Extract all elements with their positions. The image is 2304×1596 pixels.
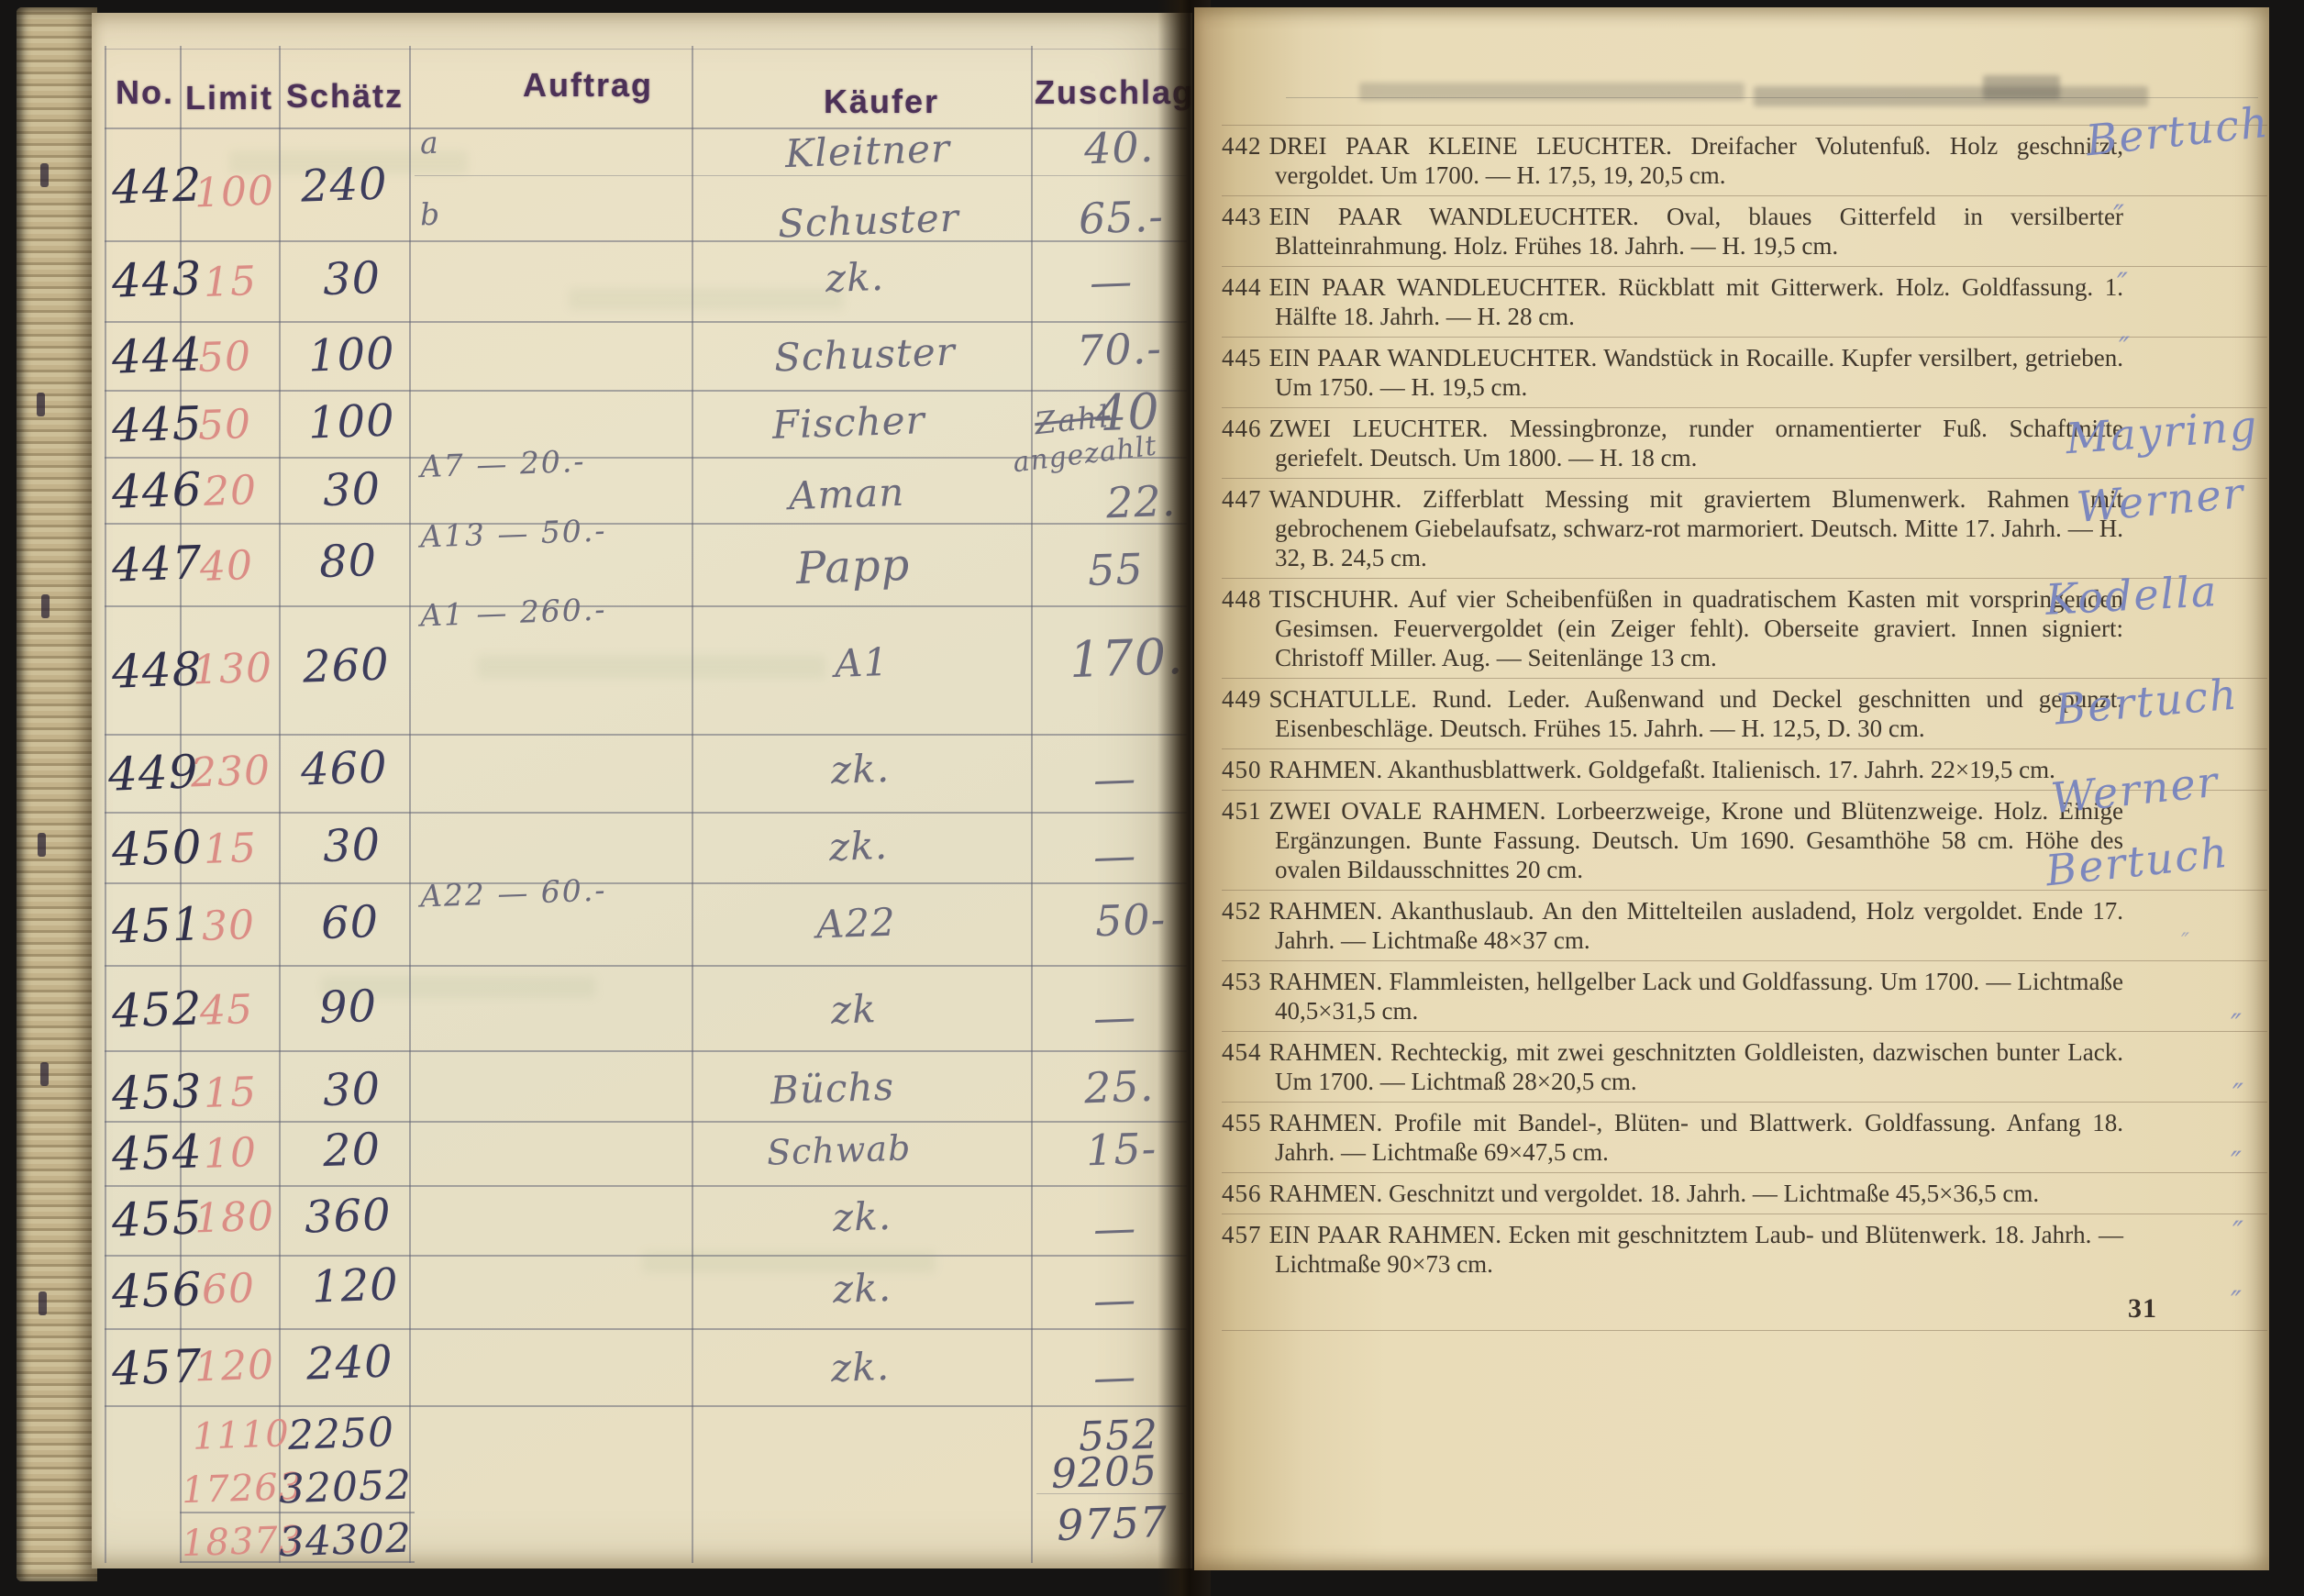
cell-zuschlag-457: — — [1092, 1351, 1137, 1402]
cell-no-448: 448 — [111, 642, 203, 698]
cell-kaeufer-447: Papp — [795, 539, 911, 594]
cell-kaeufer-456: zk. — [832, 1265, 892, 1312]
entry-text: ZWEI OVALE RAHMEN. Lorbeerzweige, Krone … — [1269, 797, 2124, 883]
cell-kaeufer-442b: Schuster — [777, 195, 959, 247]
total-schaetz-page: 2250 — [287, 1409, 395, 1459]
cell-limit-452: 45 — [199, 986, 254, 1035]
entry-number: 453 — [1222, 968, 1269, 995]
catalog-page: 442DREI PAAR KLEINE LEUCHTER. Dreifacher… — [1194, 7, 2269, 1570]
catalog-entry: 455RAHMEN. Profile mit Bandel-, Blüten- … — [1222, 1103, 2267, 1173]
cell-schaetz-457: 240 — [305, 1336, 394, 1390]
cell-no-452: 452 — [111, 981, 203, 1037]
cell-limit-449: 230 — [190, 747, 271, 796]
entry-number: 449 — [1222, 685, 1269, 713]
cell-zuschlag-455: — — [1092, 1203, 1137, 1254]
entry-text: TISCHUHR. Auf vier Scheibenfüßen in quad… — [1269, 585, 2124, 671]
grid-line — [105, 882, 1187, 884]
grid-line — [105, 965, 1187, 967]
grid-line — [105, 1121, 1187, 1123]
grid-line — [105, 390, 1187, 392]
grid-line — [105, 1185, 1187, 1187]
catalog-entry: 457EIN PAAR RAHMEN. Ecken mit geschnitzt… — [1222, 1214, 2267, 1284]
margin-annotation-ditto: ″ — [2181, 928, 2191, 954]
grid-line — [279, 46, 281, 1563]
cell-zuschlag-449: — — [1092, 753, 1137, 804]
cell-no-449: 449 — [107, 745, 199, 801]
cell-schaetz-451: 60 — [320, 896, 380, 949]
entry-text: SCHATULLE. Rund. Leder. Außenwand und De… — [1269, 685, 2124, 742]
catalog-entry: 443EIN PAAR WANDLEUCHTER. Oval, blaues G… — [1222, 196, 2267, 267]
entry-number: 454 — [1222, 1038, 1269, 1066]
cell-limit-453: 15 — [203, 1069, 258, 1117]
cell-kaeufer-448: A1 — [834, 639, 890, 686]
entry-text: RAHMEN. Flammleisten, hellgelber Lack un… — [1269, 968, 2124, 1025]
entry-number: 457 — [1222, 1221, 1269, 1248]
entry-number: 447 — [1222, 485, 1269, 513]
cell-schaetz-454: 20 — [322, 1124, 382, 1177]
ledger-page: No. Limit Schätz Auftrag Käufer Zuschlag… — [92, 13, 1192, 1568]
cell-zuschlag-456: — — [1092, 1274, 1137, 1325]
cell-kaeufer-452: zk — [830, 986, 877, 1033]
margin-annotation-ditto: ″ — [2231, 1007, 2243, 1042]
cell-kaeufer-446: Aman — [788, 470, 905, 518]
ink-offset-smudge — [1359, 83, 1745, 101]
cell-zuschlag-442b: 65.- — [1078, 191, 1165, 243]
cell-no-447: 447 — [111, 536, 203, 592]
total-zuschlag-carry: 9205 — [1050, 1447, 1158, 1498]
cell-no-450: 450 — [111, 820, 203, 876]
cell-zuschlag-452: — — [1092, 992, 1137, 1043]
margin-annotation-ditto: ″ — [2119, 330, 2132, 365]
cell-kaeufer-453: Büchs — [770, 1064, 895, 1114]
margin-annotation-ditto: ″ — [2231, 1284, 2243, 1319]
book-spine-page-edges — [17, 7, 97, 1581]
cell-no-457: 457 — [111, 1339, 203, 1395]
cell-schaetz-450: 30 — [322, 819, 382, 872]
cell-no-443: 443 — [111, 251, 203, 307]
total-limit-page: 1110 — [192, 1413, 290, 1458]
entry-text: EIN PAAR WANDLEUCHTER. Rückblatt mit Git… — [1269, 273, 2124, 330]
entry-number: 450 — [1222, 756, 1269, 783]
cell-auftrag-442b: b — [419, 196, 441, 233]
total-zuschlag-sum: 9757 — [1056, 1497, 1169, 1550]
grid-line — [105, 1050, 1187, 1052]
stitch-mark — [40, 163, 49, 187]
cell-zuschlag-450: — — [1092, 830, 1137, 881]
entry-number: 448 — [1222, 585, 1269, 613]
entry-text: WANDUHR. Zifferblatt Messing mit gravier… — [1269, 485, 2124, 571]
cell-zuschlag-444: 70.- — [1076, 323, 1163, 375]
stitch-mark — [37, 393, 45, 416]
cell-limit-446: 20 — [203, 467, 258, 515]
grid-line — [1031, 46, 1033, 1563]
cell-no-445: 445 — [111, 396, 203, 452]
grid-line — [105, 523, 1187, 525]
bleed-through — [477, 655, 825, 679]
cell-schaetz-443: 30 — [322, 252, 382, 305]
cell-no-454: 454 — [111, 1125, 203, 1180]
grid-line — [105, 734, 1187, 736]
cell-limit-457: 120 — [194, 1341, 275, 1391]
entry-number: 442 — [1222, 132, 1269, 160]
grid-line — [105, 812, 1187, 814]
grid-line — [105, 240, 1187, 242]
cell-limit-442: 100 — [194, 167, 275, 216]
cell-schaetz-453: 30 — [322, 1063, 382, 1116]
cell-schaetz-449: 460 — [300, 741, 389, 795]
catalog-entry: 445EIN PAAR WANDLEUCHTER. Wandstück in R… — [1222, 338, 2267, 408]
cell-schaetz-452: 90 — [318, 981, 378, 1034]
cell-limit-455: 180 — [194, 1192, 275, 1242]
entry-number: 455 — [1222, 1109, 1269, 1136]
cell-kaeufer-445: Fischer — [771, 397, 925, 448]
column-header-auftrag: Auftrag — [523, 66, 653, 105]
column-header-no: No. — [116, 73, 174, 112]
cell-schaetz-447: 80 — [318, 535, 378, 588]
cell-limit-450: 15 — [203, 825, 258, 873]
bleed-line — [1286, 97, 2258, 98]
cell-zuschlag-454: 15- — [1085, 1124, 1158, 1176]
entry-text: RAHMEN. Akanthusblattwerk. Goldgefaßt. I… — [1269, 756, 2055, 783]
grid-line — [105, 49, 1187, 50]
entry-number: 445 — [1222, 344, 1269, 371]
cell-kaeufer-451: A22 — [815, 900, 896, 948]
cell-kaeufer-454: Schwab — [766, 1127, 912, 1172]
stitch-mark — [38, 833, 46, 857]
entry-text: RAHMEN. Akanthuslaub. An den Mittelteile… — [1269, 897, 2124, 954]
cell-zuschlag-442a: 40. — [1083, 122, 1155, 174]
cell-schaetz-444: 100 — [307, 327, 396, 382]
column-header-kaeufer: Käufer — [824, 83, 939, 121]
catalog-entry: 453RAHMEN. Flammleisten, hellgelber Lack… — [1222, 961, 2267, 1032]
cell-limit-451: 30 — [201, 902, 256, 950]
catalog-entry: 444EIN PAAR WANDLEUCHTER. Rückblatt mit … — [1222, 267, 2267, 338]
cell-auftrag-448: A1 — 260.- — [419, 591, 607, 633]
grid-line — [105, 1405, 1187, 1407]
cell-kaeufer-455: zk. — [832, 1193, 892, 1240]
cell-kaeufer-443: zk. — [825, 254, 885, 301]
cell-auftrag-446: A7 — 20.- — [419, 443, 586, 484]
grid-line — [409, 46, 411, 1563]
cell-zuschlag-451: 50- — [1094, 894, 1167, 947]
grid-line — [105, 1255, 1187, 1257]
cell-limit-444: 50 — [197, 333, 252, 382]
column-header-schaetz: Schätz — [286, 77, 404, 116]
cell-kaeufer-450: zk. — [828, 823, 889, 870]
catalog-entry: 452RAHMEN. Akanthuslaub. An den Mittelte… — [1222, 891, 2267, 961]
entry-number: 452 — [1222, 897, 1269, 925]
entry-text: DREI PAAR KLEINE LEUCHTER. Dreifacher Vo… — [1269, 132, 2124, 189]
entry-text: EIN PAAR RAHMEN. Ecken mit geschnitztem … — [1269, 1221, 2124, 1278]
stitch-mark — [39, 1291, 47, 1315]
margin-annotation-ditto: ″ — [2231, 1145, 2243, 1180]
cell-kaeufer-457: zk. — [830, 1344, 891, 1391]
ink-offset-smudge — [1983, 75, 2060, 99]
auction-ledger-photo: No. Limit Schätz Auftrag Käufer Zuschlag… — [0, 0, 2304, 1596]
cell-kaeufer-442a: Kleitner — [784, 126, 951, 176]
cell-no-453: 453 — [111, 1064, 203, 1120]
stitch-mark — [41, 594, 50, 618]
cell-schaetz-445: 100 — [307, 394, 396, 449]
grid-line — [105, 127, 1187, 129]
grid-line — [105, 1328, 1187, 1330]
cell-no-444: 444 — [111, 327, 203, 383]
cell-auftrag-442a: a — [419, 125, 440, 161]
cell-schaetz-456: 120 — [311, 1258, 400, 1313]
cell-kaeufer-444: Schuster — [773, 329, 956, 381]
entry-text: EIN PAAR WANDLEUCHTER. Wandstück in Roca… — [1269, 344, 2124, 401]
entry-text: RAHMEN. Profile mit Bandel-, Blüten- und… — [1269, 1109, 2124, 1166]
cell-limit-447: 40 — [199, 542, 254, 591]
cell-auftrag-447: A13 — 50.- — [419, 512, 607, 554]
entry-text: EIN PAAR WANDLEUCHTER. Oval, blaues Gitt… — [1269, 203, 2124, 260]
total-schaetz-carry: 32052 — [278, 1461, 413, 1513]
cell-auftrag-451: A22 — 60.- — [419, 871, 607, 914]
entry-text: RAHMEN. Geschnitzt und vergoldet. 18. Ja… — [1269, 1180, 2040, 1207]
cell-no-442: 442 — [111, 158, 203, 214]
cell-zuschlag-443: — — [1089, 256, 1134, 307]
cell-kaeufer-449: zk. — [830, 746, 891, 792]
cell-schaetz-446: 30 — [322, 463, 382, 516]
cell-limit-456: 60 — [201, 1265, 256, 1313]
entry-number: 446 — [1222, 415, 1269, 442]
margin-annotation: Kodella — [2044, 566, 2220, 625]
margin-annotation-ditto: ″ — [2113, 198, 2126, 233]
entry-number: 456 — [1222, 1180, 1269, 1207]
grid-line — [105, 46, 106, 1563]
cell-limit-448: 130 — [192, 644, 273, 693]
cell-schaetz-455: 360 — [304, 1189, 393, 1243]
entry-number: 443 — [1222, 203, 1269, 230]
catalog-entry: 454RAHMEN. Rechteckig, mit zwei geschnit… — [1222, 1032, 2267, 1103]
cell-no-455: 455 — [111, 1191, 203, 1247]
margin-annotation-ditto: ″ — [2117, 266, 2130, 301]
entry-text: RAHMEN. Rechteckig, mit zwei geschnitzte… — [1269, 1038, 2124, 1095]
entry-text: ZWEI LEUCHTER. Messingbronze, runder orn… — [1269, 415, 2124, 471]
margin-annotation-ditto: ″ — [2232, 1077, 2245, 1112]
bleed-through — [569, 288, 844, 310]
cell-no-451: 451 — [111, 897, 203, 953]
cell-schaetz-448: 260 — [302, 638, 391, 693]
column-header-limit: Limit — [185, 79, 273, 117]
grid-line — [105, 321, 1187, 323]
entry-number: 444 — [1222, 273, 1269, 301]
margin-annotation-ditto: ″ — [2232, 1214, 2245, 1249]
ink-offset-smudge — [1754, 86, 2148, 106]
cell-no-456: 456 — [111, 1262, 203, 1318]
entry-number: 451 — [1222, 797, 1269, 825]
catalog-entry: 456RAHMEN. Geschnitzt und vergoldet. 18.… — [1222, 1173, 2267, 1214]
total-schaetz-sum: 34302 — [278, 1514, 413, 1566]
page-number-row: 31 — [1222, 1284, 2267, 1331]
grid-line — [692, 46, 693, 1563]
cell-schaetz-442: 240 — [300, 158, 389, 212]
cell-zuschlag-453: 25. — [1083, 1061, 1155, 1114]
grid-line — [105, 605, 1187, 607]
cell-zuschlag-447: 55 — [1087, 544, 1144, 595]
cell-limit-443: 15 — [203, 258, 258, 306]
cell-limit-445: 50 — [197, 401, 252, 449]
cell-no-446: 446 — [111, 462, 203, 518]
page-number: 31 — [2128, 1293, 2157, 1324]
cell-zuschlag-445-note: angezahlt — [1011, 430, 1158, 480]
stitch-mark — [40, 1062, 49, 1086]
cell-limit-454: 10 — [203, 1129, 258, 1178]
